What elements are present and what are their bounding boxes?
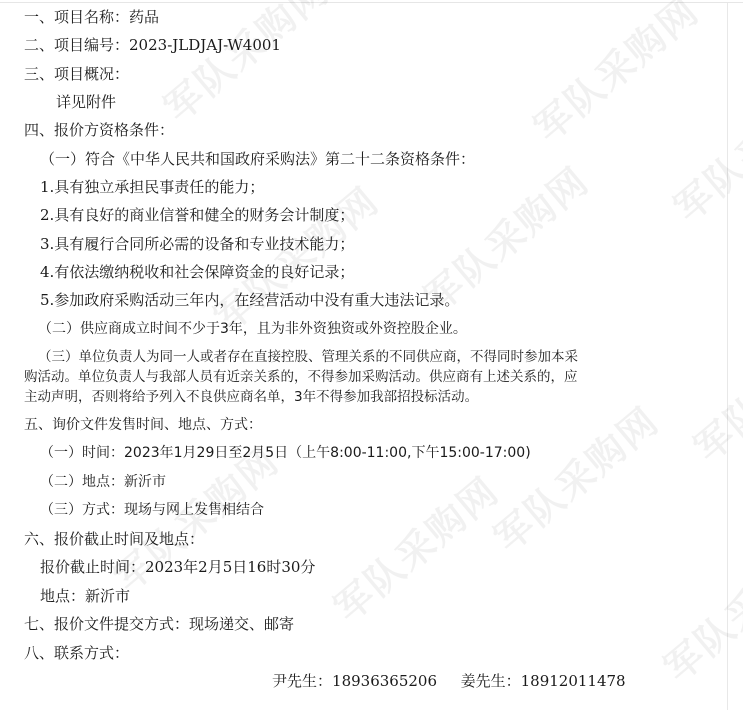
contact-1-name: 尹先生	[272, 672, 317, 690]
project-number: 2023-JLDJAJ-W4001	[129, 36, 281, 54]
section-6-heading: 六、报价截止时间及地点：	[24, 530, 204, 548]
section-1: 一、项目名称：药品	[24, 8, 159, 26]
colon-separator: ：	[317, 672, 332, 690]
quote-place: 地点：新沂市	[40, 587, 130, 605]
top-border	[0, 2, 743, 3]
section-5-heading: 五、询价文件发售时间、地点、方式：	[24, 416, 262, 434]
watermark-text: 军队采购网	[650, 521, 743, 692]
project-name: 药品	[129, 8, 159, 26]
qualification-item-5: 5.参加政府采购活动三年内，在经营活动中没有重大违法记录。	[40, 291, 459, 309]
right-border	[727, 3, 728, 710]
qualification-sub-1: （一）符合《中华人民共和国政府采购法》第二十二条资格条件：	[40, 150, 475, 168]
sale-place: （二）地点：新沂市	[40, 473, 166, 491]
qualification-item-3: 3.具有履行合同所必需的设备和专业技术能力；	[40, 235, 354, 253]
contact-1-phone: 18936365206	[332, 672, 437, 690]
watermark-text: 军队采购网	[150, 0, 339, 132]
section-2: 二、项目编号：2023-JLDJAJ-W4001	[24, 36, 281, 54]
quote-deadline: 报价截止时间：2023年2月5日16时30分	[40, 558, 315, 576]
contact-2-name: 姜先生	[461, 672, 506, 690]
watermark-text: 军队采购网	[200, 171, 389, 342]
qualification-sub-2: （二）供应商成立时间不少于3年，且为非外资独资或外资控股企业。	[38, 320, 467, 338]
watermark-text: 军队采购网	[520, 0, 709, 152]
section-8-heading: 八、联系方式：	[24, 644, 129, 662]
section-1-label: 一、项目名称：	[24, 8, 129, 26]
submission-method: 现场递交、邮寄	[189, 615, 294, 633]
section-7-label: 七、报价文件提交方式：	[24, 615, 189, 633]
watermark-text: 军队采购网	[320, 461, 509, 632]
section-7: 七、报价文件提交方式：现场递交、邮寄	[24, 615, 294, 633]
qualification-item-2: 2.具有良好的商业信誉和健全的财务会计制度；	[40, 206, 354, 224]
watermark-text: 军队采购网	[680, 301, 743, 472]
contact-2-phone: 18912011478	[521, 672, 626, 690]
qualification-sub-3-line-2: 购活动。单位负责人与我部人员有近亲关系的，不得参加采购活动。供应商有上述关系的，…	[24, 368, 578, 386]
section-2-label: 二、项目编号：	[24, 36, 129, 54]
sale-time: （一）时间：2023年1月29日至2月5日（上午8:00-11:00,下午15:…	[40, 444, 531, 462]
section-3-heading: 三、项目概况：	[24, 65, 129, 83]
watermark-text: 军队采购网	[480, 391, 669, 562]
project-overview-detail: 详见附件	[56, 93, 116, 111]
sale-method: （三）方式：现场与网上发售相结合	[40, 501, 264, 519]
contact-line: 尹先生：18936365206 姜先生：18912011478	[272, 672, 626, 690]
section-4-heading: 四、报价方资格条件：	[24, 121, 174, 139]
qualification-sub-3-line-1: （三）单位负责人为同一人或者存在直接控股、管理关系的不同供应商，不得同时参加本采	[38, 348, 578, 366]
colon-separator: ：	[506, 672, 521, 690]
qualification-item-1: 1.具有独立承担民事责任的能力；	[40, 178, 264, 196]
watermark-text: 军队采购网	[660, 61, 743, 232]
qualification-sub-3-line-3: 主动声明，否则将给予列入不良供应商名单，3年不得参加我部招投标活动。	[24, 388, 478, 406]
qualification-item-4: 4.有依法缴纳税收和社会保障资金的良好记录；	[40, 263, 354, 281]
